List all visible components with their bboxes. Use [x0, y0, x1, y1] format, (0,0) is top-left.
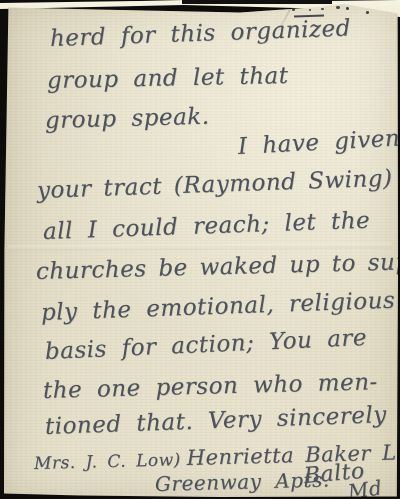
scan-edge-shadow — [182, 0, 332, 4]
letter-page: herd for this organized group and let th… — [0, 0, 400, 499]
signature-prefix: Mrs. J. C. Low) — [34, 450, 181, 474]
signature-state: Md — [346, 475, 383, 499]
ink-speck-icon — [321, 8, 324, 10]
scan-background: { "document": { "kind": "handwritten let… — [0, 0, 400, 499]
letter-line: group and let that — [47, 63, 289, 94]
ink-speck-icon — [346, 7, 349, 10]
ink-speck-icon — [366, 11, 369, 14]
ink-speck-icon — [309, 9, 311, 11]
ink-speck-icon — [336, 6, 340, 9]
ink-speck-icon — [292, 8, 295, 11]
letter-line: group speak. — [45, 104, 210, 134]
